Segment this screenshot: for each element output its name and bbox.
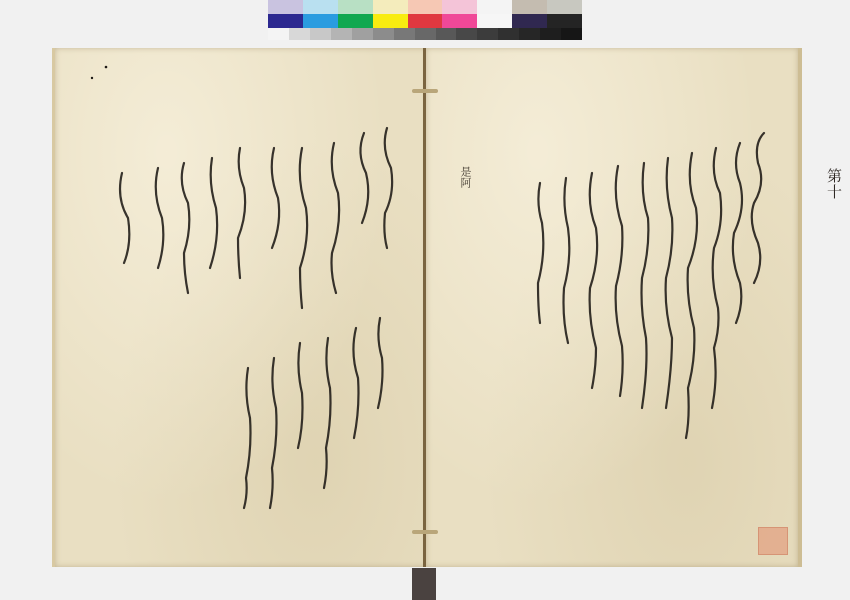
color-swatch	[373, 14, 408, 28]
gray-swatch	[561, 28, 582, 40]
gray-swatch	[477, 28, 498, 40]
gray-swatch	[331, 28, 352, 40]
gray-swatch	[415, 28, 436, 40]
color-swatch	[408, 14, 443, 28]
color-swatch	[373, 0, 408, 14]
gray-swatch	[352, 28, 373, 40]
open-book-spread: 是阿 第十	[52, 48, 798, 567]
color-swatch	[268, 0, 303, 14]
collector-seal	[758, 527, 788, 555]
color-swatch	[547, 14, 582, 28]
color-swatch	[442, 0, 477, 14]
gray-swatch	[268, 28, 289, 40]
color-swatch	[338, 0, 373, 14]
color-swatch	[408, 0, 443, 14]
color-chart-bottom-row	[268, 14, 582, 28]
gray-swatch	[519, 28, 540, 40]
gray-swatch	[373, 28, 394, 40]
chapter-heading-mark: 第十	[824, 168, 845, 200]
color-swatch	[338, 14, 373, 28]
gray-swatch	[456, 28, 477, 40]
binding-tab	[412, 568, 436, 600]
color-swatch	[512, 0, 547, 14]
color-calibration-chart	[268, 0, 582, 40]
gray-swatch	[540, 28, 561, 40]
color-swatch	[547, 0, 582, 14]
color-swatch	[512, 14, 547, 28]
color-chart-top-row	[268, 0, 582, 14]
color-swatch	[477, 14, 512, 28]
color-swatch	[268, 14, 303, 28]
gray-swatch	[394, 28, 415, 40]
calligraphy-strokes	[52, 48, 798, 567]
gray-swatch	[310, 28, 331, 40]
color-swatch	[303, 14, 338, 28]
color-swatch	[442, 14, 477, 28]
gray-swatch	[498, 28, 519, 40]
gray-swatch	[436, 28, 457, 40]
section-mark: 是阿	[457, 166, 473, 188]
color-swatch	[477, 0, 512, 14]
color-swatch	[303, 0, 338, 14]
gray-swatch	[289, 28, 310, 40]
gray-scale-strip	[268, 28, 582, 40]
